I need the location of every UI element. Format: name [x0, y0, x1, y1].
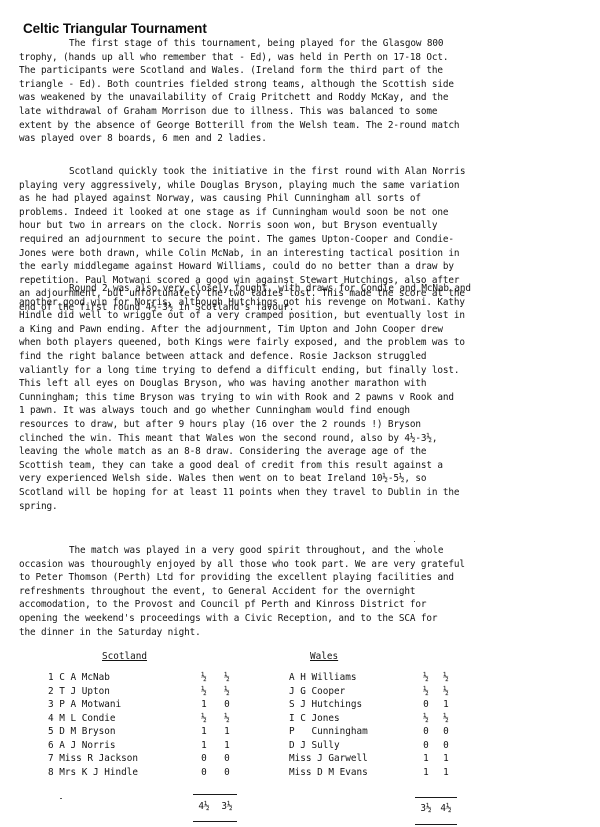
round-2-score: 1 — [439, 766, 453, 780]
round-1-score: ½ — [197, 685, 211, 699]
round-2-score: 1 — [439, 698, 453, 712]
round-1-score: ½ — [419, 712, 433, 726]
player-name: 4 M L Condie — [48, 712, 116, 726]
player-name: 7 Miss R Jackson — [48, 752, 138, 766]
paragraph-text: The first stage of this tournament, bein… — [19, 38, 459, 144]
round-2-total: 3½ — [220, 800, 234, 814]
round-1-score: 1 — [419, 766, 433, 780]
team-heading: Wales — [310, 650, 338, 664]
round-1-score: 0 — [197, 766, 211, 780]
round-2-score: ½ — [220, 685, 234, 699]
round-2-score: 0 — [439, 739, 453, 753]
round-1-score: 1 — [197, 725, 211, 739]
round-1-total: 3½ — [419, 802, 433, 816]
round-2-score: 1 — [439, 752, 453, 766]
scan-speck — [414, 541, 415, 542]
scan-speck — [60, 798, 62, 799]
round-2-score: ½ — [439, 712, 453, 726]
team-heading: Scotland — [102, 650, 147, 664]
player-name: 6 A J Norris — [48, 739, 116, 753]
round-1-score: 0 — [419, 698, 433, 712]
totals-underline — [415, 824, 457, 825]
player-name: D J Sully — [289, 739, 340, 753]
totals-divider — [193, 794, 237, 795]
round-2-score: 0 — [220, 698, 234, 712]
totals-row: 3½ 4½ — [289, 802, 509, 816]
totals-row: 4½ 3½ — [48, 800, 268, 814]
player-name: S J Hutchings — [289, 698, 362, 712]
player-name: 5 D M Bryson — [48, 725, 116, 739]
player-name: A H Williams — [289, 671, 357, 685]
round-1-score: 1 — [419, 752, 433, 766]
round-1-score: ½ — [197, 712, 211, 726]
paragraph-acknowledgements: The match was played in a very good spir… — [19, 544, 594, 639]
round-2-score: ½ — [220, 712, 234, 726]
round-1-score: 0 — [419, 725, 433, 739]
round-1-score: 0 — [419, 739, 433, 753]
player-name: P Cunningham — [289, 725, 368, 739]
round-2-score: ½ — [439, 671, 453, 685]
player-name: I C Jones — [289, 712, 340, 726]
paragraph-round-2: Round 2 was also very closely fought, wi… — [19, 282, 594, 513]
round-1-score: ½ — [419, 671, 433, 685]
player-name: Miss J Garwell — [289, 752, 368, 766]
player-name: J G Cooper — [289, 685, 345, 699]
totals-divider — [415, 797, 457, 798]
round-2-score: 0 — [439, 725, 453, 739]
round-1-score: ½ — [197, 671, 211, 685]
paragraph-intro: The first stage of this tournament, bein… — [19, 37, 594, 146]
paragraph-text: The match was played in a very good spir… — [19, 545, 465, 638]
paragraph-text: Round 2 was also very closely fought, wi… — [19, 283, 471, 512]
round-2-score: 0 — [220, 766, 234, 780]
round-2-score: ½ — [220, 671, 234, 685]
round-2-score: 0 — [220, 752, 234, 766]
player-name: 3 P A Motwani — [48, 698, 121, 712]
player-name: 2 T J Upton — [48, 685, 110, 699]
wales-results-table: Wales A H Williams½½J G Cooper½½S J Hutc… — [289, 650, 509, 827]
newsletter-page: Celtic Triangular Tournament The first s… — [0, 0, 600, 827]
player-name: 8 Mrs K J Hindle — [48, 766, 138, 780]
round-2-total: 4½ — [439, 802, 453, 816]
round-1-score: 0 — [197, 752, 211, 766]
round-1-score: 1 — [197, 698, 211, 712]
article-title: Celtic Triangular Tournament — [23, 21, 207, 36]
round-1-score: ½ — [419, 685, 433, 699]
round-2-score: ½ — [439, 685, 453, 699]
round-1-score: 1 — [197, 739, 211, 753]
player-name: 1 C A McNab — [48, 671, 110, 685]
scotland-results-table: Scotland 1 C A McNab½½2 T J Upton½½3 P A… — [48, 650, 268, 827]
player-name: Miss D M Evans — [289, 766, 368, 780]
round-2-score: 1 — [220, 725, 234, 739]
totals-underline — [193, 821, 237, 822]
round-2-score: 1 — [220, 739, 234, 753]
round-1-total: 4½ — [197, 800, 211, 814]
